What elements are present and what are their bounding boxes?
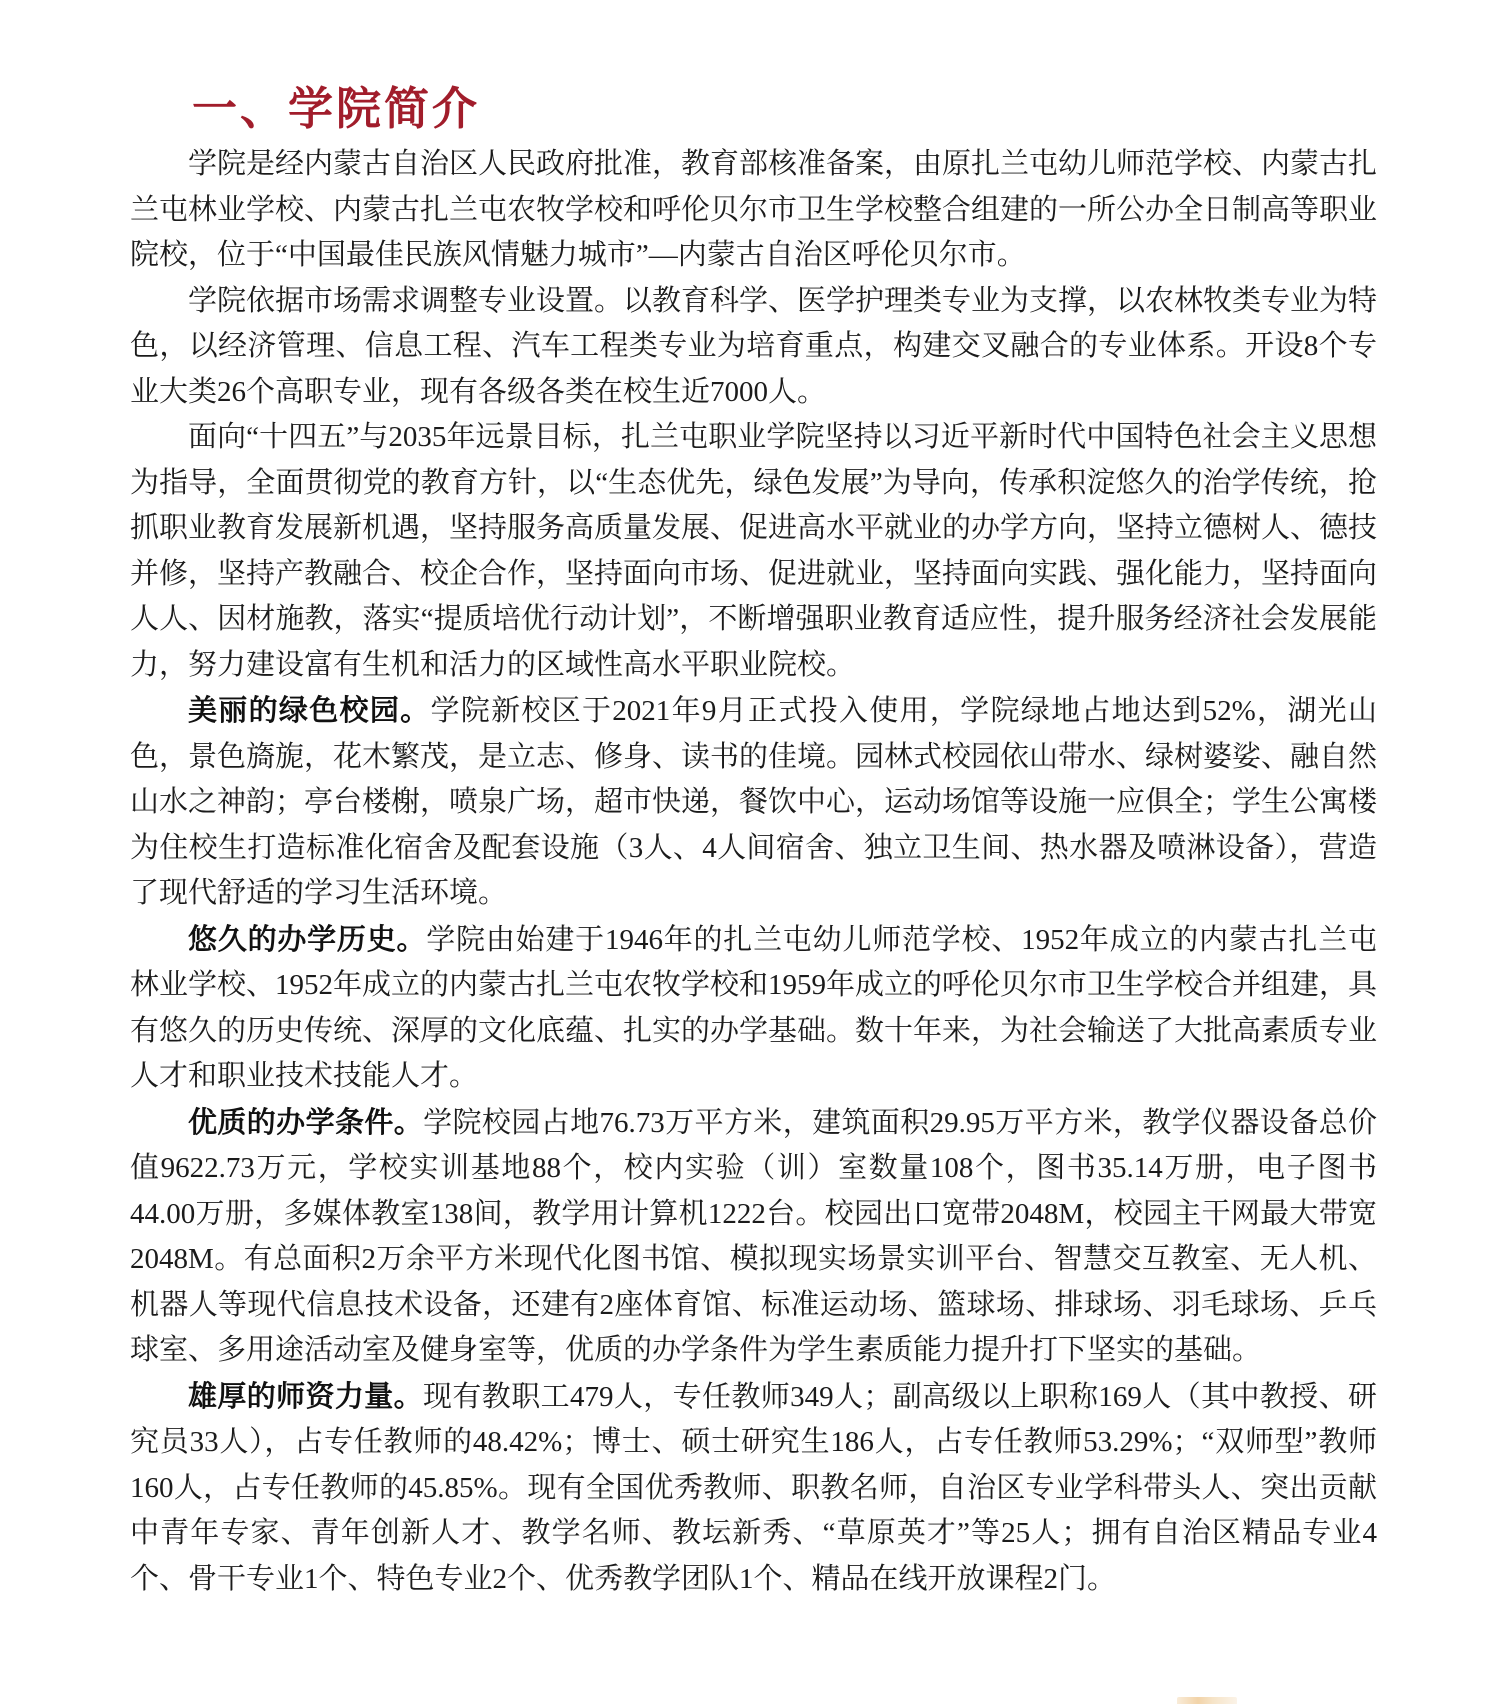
page-bottom-decoration <box>1177 1697 1237 1704</box>
paragraph-text: 面向“十四五”与2035年远景目标，扎兰屯职业学院坚持以习近平新时代中国特色社会… <box>130 421 1377 681</box>
paragraph-text: 学院是经内蒙古自治区人民政府批准，教育部核准备案，由原扎兰屯幼儿师范学校、内蒙古… <box>130 148 1377 271</box>
paragraph-text: 学院校园占地76.73万平方米，建筑面积29.95万平方米，教学仪器设备总价值9… <box>130 1107 1377 1367</box>
document-page: { "page": { "background_color": "#ffffff… <box>0 0 1501 1704</box>
paragraph-intro: 学院是经内蒙古自治区人民政府批准，教育部核准备案，由原扎兰屯幼儿师范学校、内蒙古… <box>130 142 1377 279</box>
paragraph-facilities: 优质的办学条件。学院校园占地76.73万平方米，建筑面积29.95万平方米，教学… <box>130 1100 1377 1374</box>
paragraph-text: 学院新校区于2021年9月正式投入使用，学院绿地占地达到52%，湖光山色，景色旖… <box>130 695 1377 909</box>
paragraph-green-campus: 美丽的绿色校园。学院新校区于2021年9月正式投入使用，学院绿地占地达到52%，… <box>130 688 1377 917</box>
paragraph-lead: 雄厚的师资力量。 <box>188 1379 423 1413</box>
body-text: 学院是经内蒙古自治区人民政府批准，教育部核准备案，由原扎兰屯幼儿师范学校、内蒙古… <box>130 142 1377 1602</box>
paragraph-text: 学院依据市场需求调整专业设置。以教育科学、医学护理类专业为支撑，以农林牧类专业为… <box>130 285 1377 408</box>
section-title: 一、学院简介 <box>192 86 1377 132</box>
paragraph-faculty: 雄厚的师资力量。现有教职工479人，专任教师349人；副高级以上职称169人（其… <box>130 1374 1377 1603</box>
paragraph-vision: 面向“十四五”与2035年远景目标，扎兰屯职业学院坚持以习近平新时代中国特色社会… <box>130 415 1377 688</box>
paragraph-majors: 学院依据市场需求调整专业设置。以教育科学、医学护理类专业为支撑，以农林牧类专业为… <box>130 279 1377 416</box>
paragraph-lead: 优质的办学条件。 <box>188 1105 423 1139</box>
paragraph-lead: 美丽的绿色校园。 <box>188 693 430 727</box>
paragraph-history: 悠久的办学历史。学院由始建于1946年的扎兰屯幼儿师范学校、1952年成立的内蒙… <box>130 917 1377 1100</box>
paragraph-lead: 悠久的办学历史。 <box>188 922 426 956</box>
content-area: 一、学院简介 学院是经内蒙古自治区人民政府批准，教育部核准备案，由原扎兰屯幼儿师… <box>130 0 1377 1602</box>
